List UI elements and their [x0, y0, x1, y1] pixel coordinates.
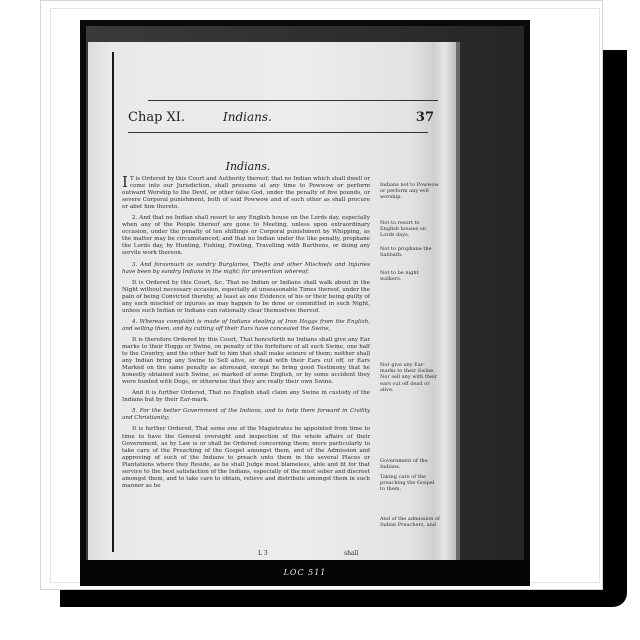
- section-heading: Indians.: [118, 160, 378, 173]
- scan-caption: LOC 511: [80, 568, 530, 577]
- paragraph-8: 5. For the better Government of the Indi…: [122, 408, 370, 422]
- book-page: Chap XI. Indians. 37 Indians. IT is Orde…: [88, 42, 456, 560]
- margin-note: Not to prophane the Sabbath.: [380, 246, 440, 258]
- margin-rule: [112, 52, 114, 552]
- scanned-photo: Chap XI. Indians. 37 Indians. IT is Orde…: [80, 20, 530, 586]
- margin-note: Not to resort to English houses on Lords…: [380, 220, 440, 239]
- margin-note: Not to be night walkers.: [380, 270, 440, 282]
- paragraph-4: It is Ordered by this Court, &c. That no…: [122, 280, 370, 315]
- paragraph-9: It is further Ordered, That some one of …: [122, 426, 370, 489]
- chapter-label: Chap XI.: [128, 110, 185, 125]
- paragraph-1: IT is Ordered by this Court and Authorit…: [122, 176, 370, 211]
- margin-note: Taking care of the preaching the Gospel …: [380, 474, 440, 493]
- paragraph-5: 4. Whereas complaint is made of Indians …: [122, 319, 370, 333]
- margin-note: Government of the Indians.: [380, 458, 440, 470]
- margin-note: Indians not to Powwow or perform any evi…: [380, 182, 440, 201]
- caption-strip: LOC 511: [80, 560, 530, 586]
- paragraph-3: 3. And forasmuch as sundry Burglaries, T…: [122, 262, 370, 276]
- margin-note: And of the admission of Indian Preachers…: [380, 516, 440, 528]
- margin-note: Nor give any Ear-marks to their Swine. N…: [380, 362, 440, 393]
- drop-cap: I: [122, 176, 128, 189]
- body-text: IT is Ordered by this Court and Authorit…: [122, 176, 370, 494]
- running-head: Chap XI. Indians. 37: [128, 110, 448, 130]
- catchword: shall: [344, 550, 358, 557]
- running-title: Indians.: [223, 110, 272, 124]
- signature-mark: L 3: [258, 550, 268, 557]
- page-content: Chap XI. Indians. 37 Indians. IT is Orde…: [118, 42, 448, 560]
- paragraph-7: And it is further Ordered, That no Engli…: [122, 390, 370, 404]
- header-rule: [128, 132, 428, 133]
- paragraph-2: 2. And that no Indian shall resort to an…: [122, 215, 370, 257]
- paragraph-6: It is therefore Ordered by this Court, T…: [122, 337, 370, 386]
- page-number: 37: [416, 110, 434, 125]
- top-rule: [148, 100, 438, 101]
